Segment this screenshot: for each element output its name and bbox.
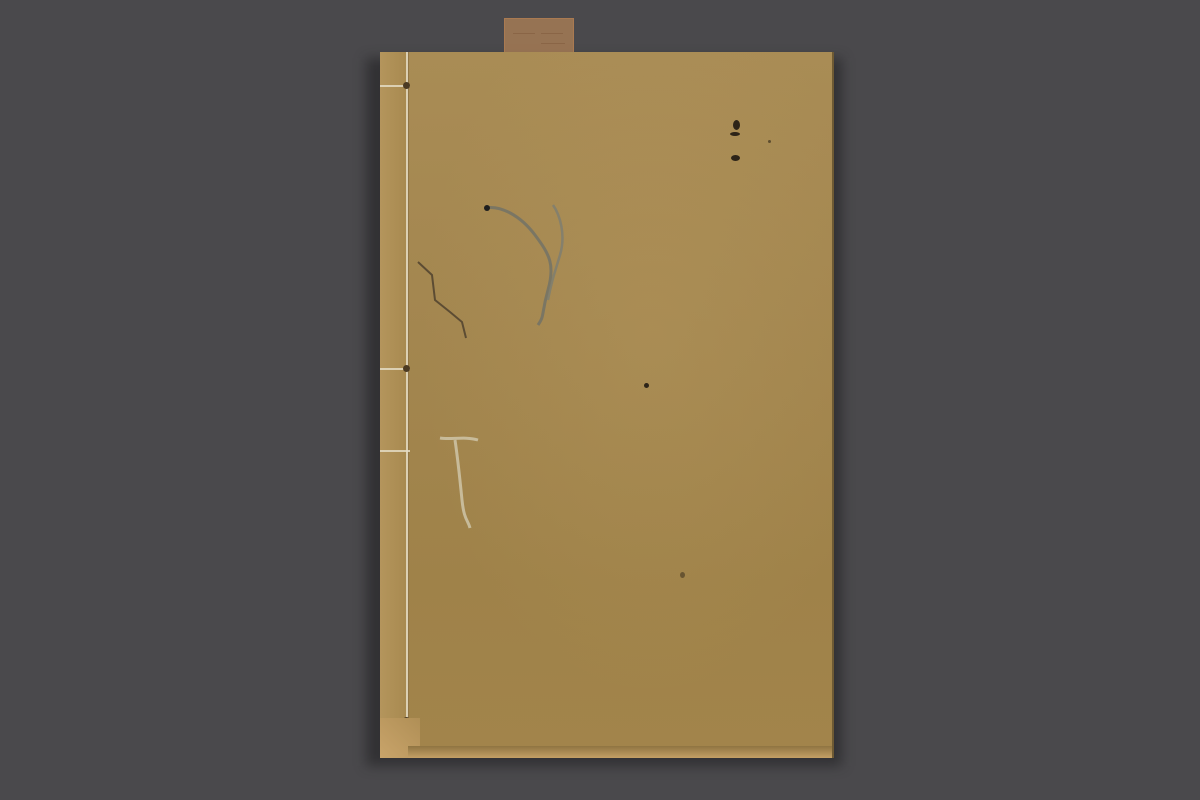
worm-damage-marks bbox=[0, 0, 1200, 800]
ink-spot bbox=[731, 155, 740, 161]
ink-spot bbox=[733, 120, 740, 130]
ink-spot bbox=[644, 383, 649, 388]
photo-scene bbox=[0, 0, 1200, 800]
ink-spot bbox=[768, 140, 771, 143]
ink-spot bbox=[730, 132, 740, 136]
ink-spot bbox=[680, 572, 685, 578]
